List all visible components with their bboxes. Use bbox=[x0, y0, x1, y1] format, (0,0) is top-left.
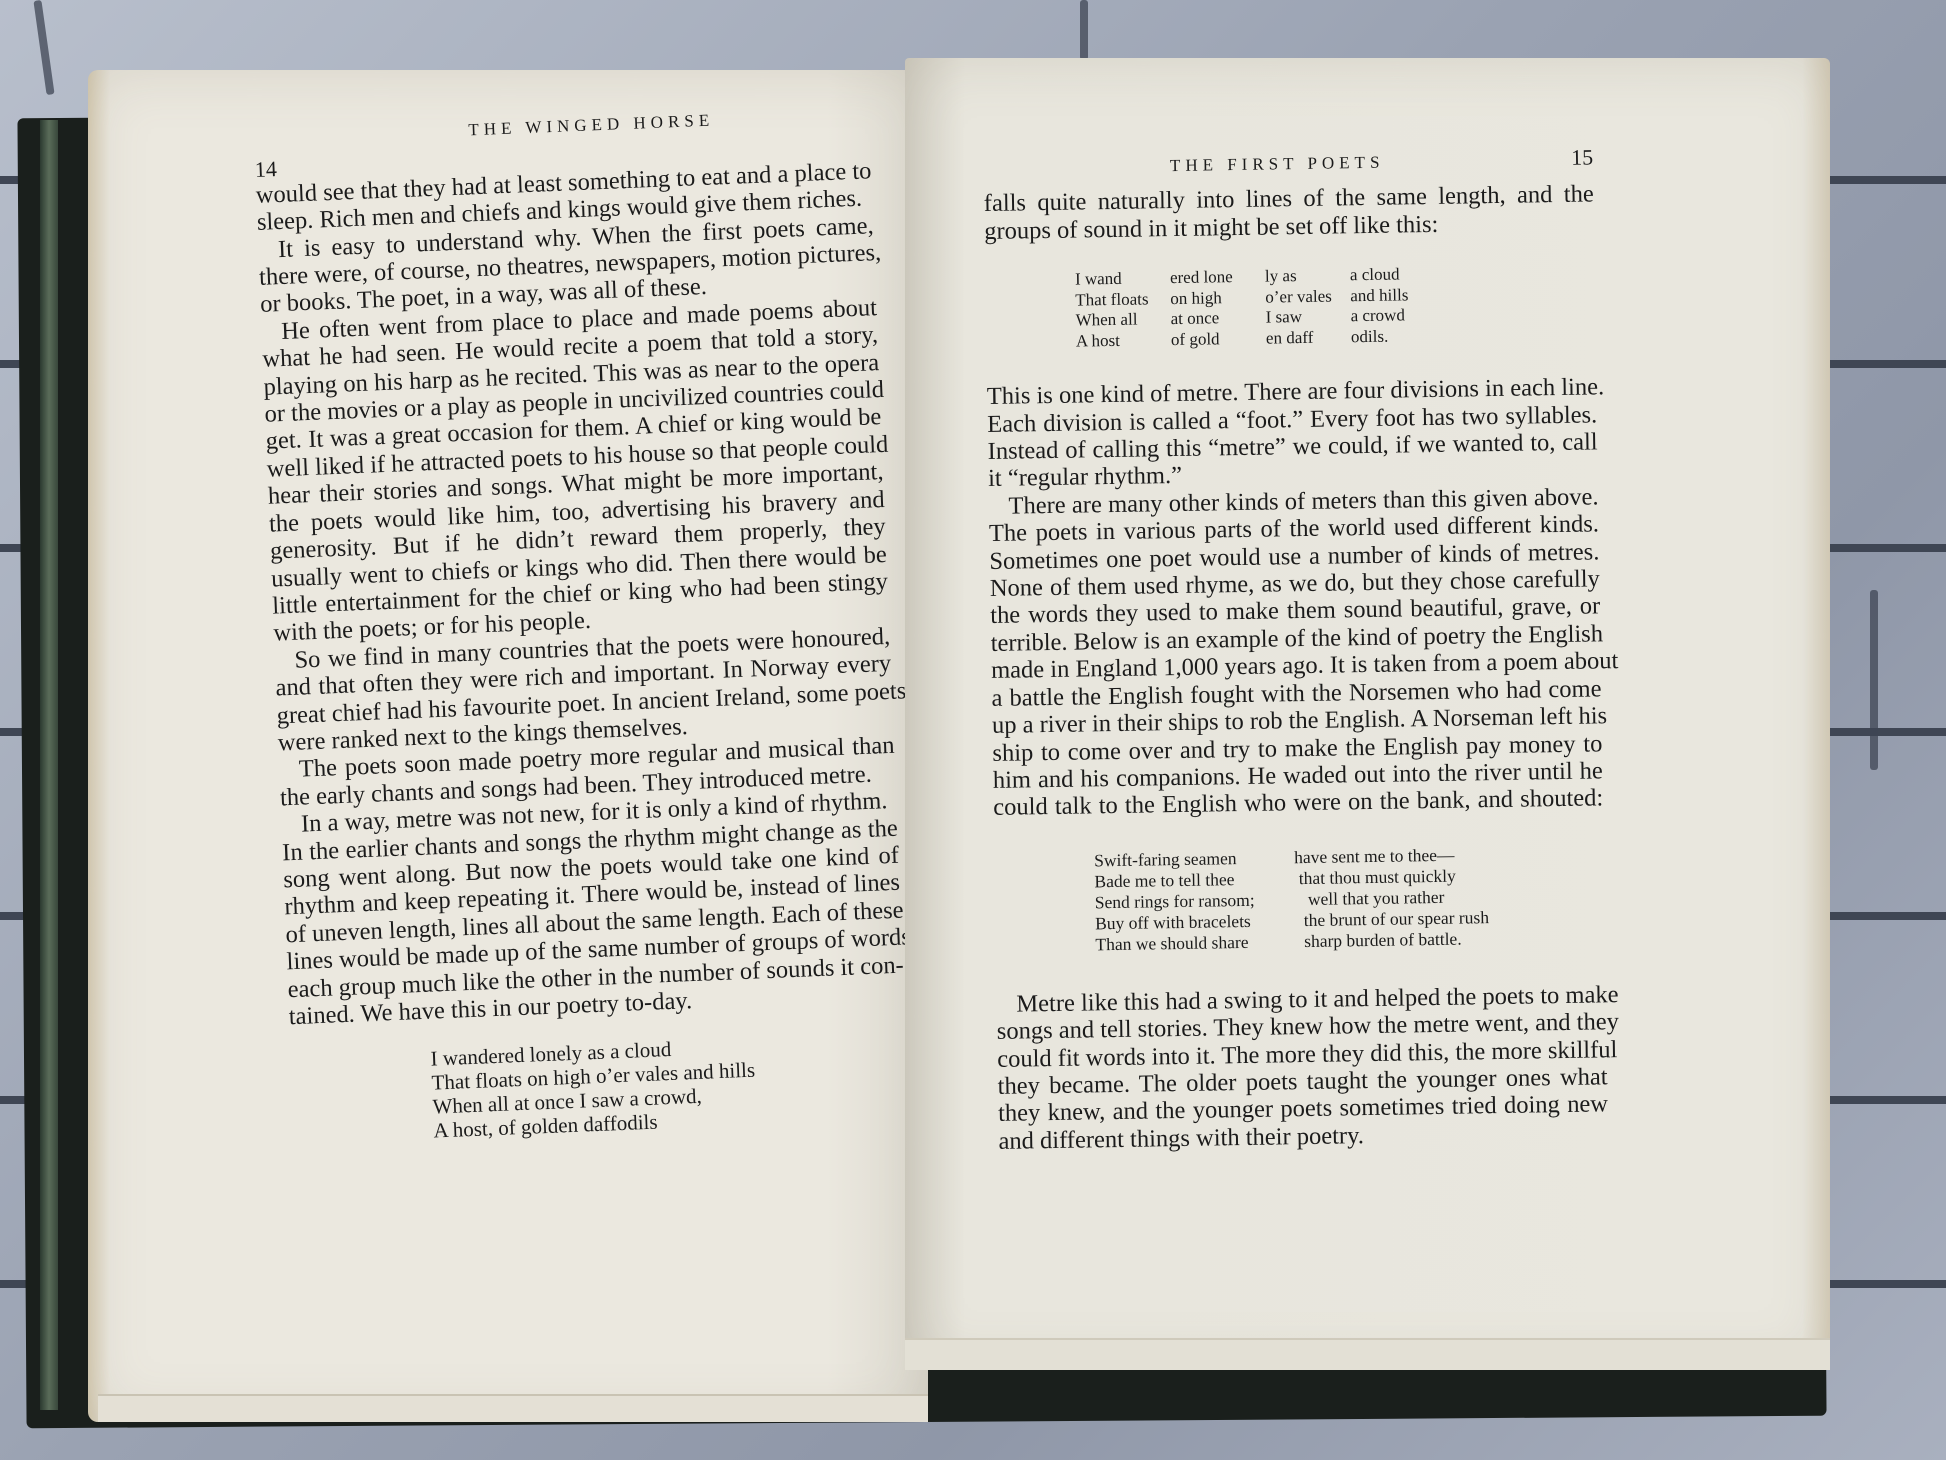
second-half-line: that thou must quickly bbox=[1294, 865, 1456, 889]
scansion-foot: odils. bbox=[1351, 325, 1446, 347]
scansion-foot: at once bbox=[1170, 308, 1265, 330]
second-half-line: well that you rather bbox=[1295, 887, 1445, 910]
verse-daffodils: I wandered lonely as a cloudThat floats … bbox=[430, 1028, 909, 1143]
second-half-line: sharp burden of battle. bbox=[1295, 928, 1462, 952]
running-head-right: THE FIRST POETS 15 bbox=[983, 143, 1593, 182]
book-spine-edge bbox=[40, 120, 58, 1410]
scansion-foot: a crowd bbox=[1350, 305, 1445, 327]
first-half-line: Than we should share bbox=[1095, 931, 1295, 955]
scansion-foot: o’er vales bbox=[1265, 286, 1350, 308]
scansion-foot: and hills bbox=[1350, 284, 1445, 306]
page-number-right: 15 bbox=[1571, 143, 1593, 171]
scansion-foot bbox=[1445, 283, 1525, 305]
scansion-foot: ly as bbox=[1265, 265, 1350, 287]
page-edge bbox=[98, 1394, 928, 1422]
left-page: THE WINGED HORSE 14 would see that they … bbox=[88, 70, 928, 1422]
scansion-foot: That floats bbox=[1075, 289, 1170, 311]
scansion-foot bbox=[1445, 304, 1525, 326]
scansion-foot: I wand bbox=[1075, 268, 1170, 290]
right-page-text-block: THE FIRST POETS 15 falls quite naturally… bbox=[983, 143, 1609, 1155]
scansion-foot: When all bbox=[1075, 309, 1170, 331]
intro-paragraph: falls quite naturally into lines of the … bbox=[984, 181, 1595, 245]
scansion-foot bbox=[1446, 324, 1526, 346]
scansion-foot: of gold bbox=[1171, 328, 1266, 350]
page-edge bbox=[905, 1338, 1830, 1370]
right-page: THE FIRST POETS 15 falls quite naturally… bbox=[905, 58, 1830, 1370]
metre-paragraphs: This is one kind of metre. There are fou… bbox=[987, 374, 1604, 822]
left-page-text-block: THE WINGED HORSE 14 would see that they … bbox=[253, 100, 910, 1148]
second-half-line: the brunt of our spear rush bbox=[1295, 907, 1489, 931]
second-half-line: have sent me to thee— bbox=[1294, 844, 1455, 868]
mortar-line bbox=[33, 0, 54, 95]
mortar-line bbox=[1870, 590, 1878, 770]
norse-poem: Swift-faring seamenhave sent me to thee—… bbox=[1094, 842, 1606, 955]
scansion-foot: on high bbox=[1170, 287, 1265, 309]
scansion-foot: a cloud bbox=[1350, 264, 1445, 286]
scansion-foot bbox=[1445, 263, 1525, 285]
mortar-line bbox=[1080, 0, 1088, 60]
scansion-foot: en daff bbox=[1266, 327, 1351, 349]
left-page-body: would see that they had at least somethi… bbox=[255, 157, 905, 1031]
closing-paragraph: Metre like this had a swing to it and he… bbox=[996, 981, 1609, 1155]
scansion-foot: A host bbox=[1076, 330, 1171, 352]
running-head-title: THE FIRST POETS bbox=[983, 146, 1571, 183]
scansion-example: I wandered lonely asa cloudThat floatson… bbox=[1075, 262, 1596, 352]
scansion-foot: I saw bbox=[1265, 306, 1350, 328]
scansion-foot: ered lone bbox=[1170, 267, 1265, 289]
